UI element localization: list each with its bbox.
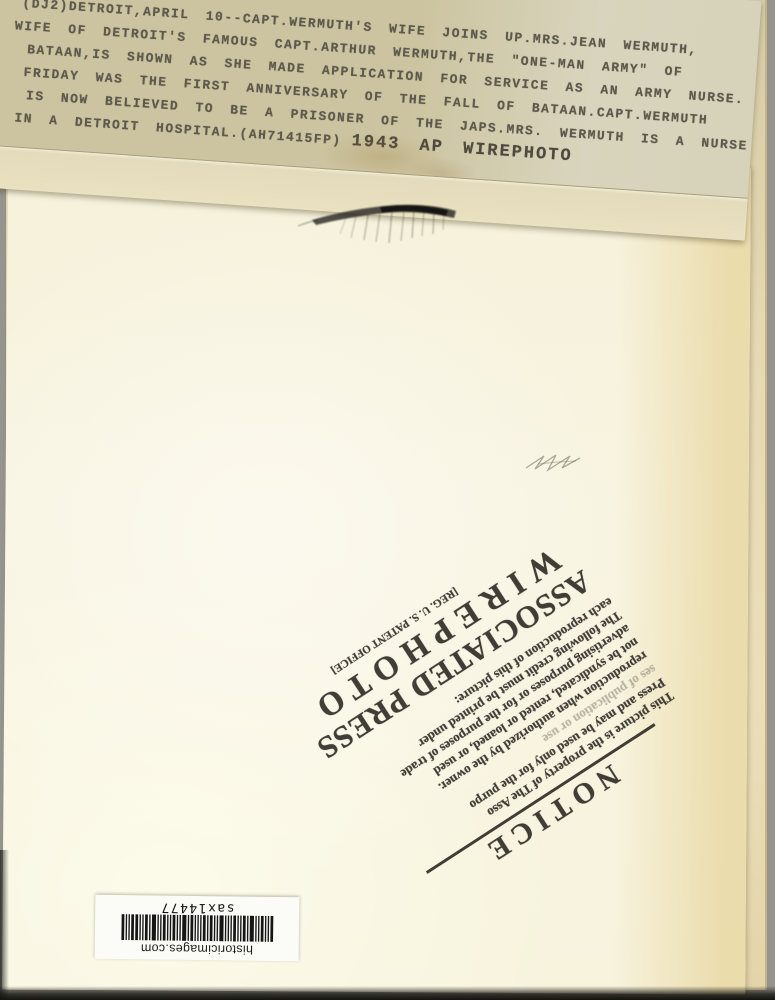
scan-edge-shadow — [0, 986, 775, 1000]
pencil-scribble — [518, 438, 610, 484]
photo-back-paper — [2, 163, 751, 994]
ink-smudge — [296, 188, 480, 252]
sticker-website-label: historicimages.com — [140, 941, 253, 956]
sticker-code-label: sax14477 — [160, 900, 235, 916]
photo-verso-scan: NOTICE This picture is the property of T… — [0, 0, 775, 1000]
barcode — [119, 915, 275, 943]
scan-edge-shadow — [0, 850, 9, 1000]
barcode-sticker: historicimages.com sax14477 — [95, 895, 300, 961]
